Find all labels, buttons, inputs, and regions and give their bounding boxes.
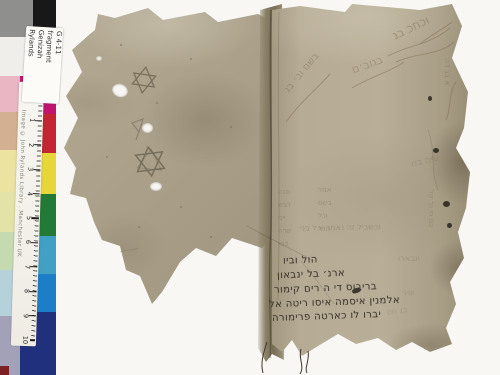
tick-number: 5	[25, 216, 33, 220]
ruler-tick: 8	[23, 289, 37, 293]
ruler-tick: 10	[21, 338, 35, 342]
ruler-tick: 1	[28, 118, 42, 122]
left-leaf-scribble: לנ	[116, 245, 124, 254]
left-leaf: לנ	[60, 6, 274, 306]
tick-number: 1	[28, 118, 36, 122]
shelfmark-label: Rylands Genizah fragment G 4-11	[22, 26, 64, 104]
ruler-tick: 9	[22, 313, 36, 317]
faded-text-column: וננה דבש ייני שרה כמו	[278, 186, 291, 251]
parchment-specks	[60, 6, 62, 8]
parchment-hole	[142, 123, 153, 133]
ink-hole	[433, 148, 439, 153]
ruler-tick: 3	[26, 167, 40, 171]
tick-number: 9	[22, 313, 30, 317]
ink-hole	[443, 201, 450, 207]
ruler-tick: 4	[26, 191, 40, 195]
hebrew-text-line: הול וביו	[283, 254, 318, 266]
tick-number: 8	[22, 289, 30, 293]
tick-number: 7	[23, 265, 31, 269]
faded-text-line: ובשביל זה נאמר וכל בני	[300, 220, 381, 234]
ruler-tick: 2	[27, 143, 41, 147]
faded-side-column: בם חי נר קל	[424, 190, 437, 290]
ink-hole	[428, 96, 432, 101]
parchment-hole	[150, 182, 162, 191]
corner-red-patch	[0, 366, 9, 375]
pen-trial: א בג דה	[443, 58, 452, 168]
tick-number: 3	[26, 167, 34, 171]
tick-number: 10	[21, 336, 29, 345]
ruler-tick: 5	[25, 216, 39, 220]
photo-background: לנ הול וביו ארנ׳ בל ינבאון בריבוס די ה ר…	[0, 0, 500, 375]
tick-number: 4	[26, 191, 34, 195]
tick-mark	[30, 339, 35, 340]
digitized-manuscript-photo: לנ הול וביו ארנ׳ בל ינבאון בריבוס די ה ר…	[0, 0, 500, 375]
patch-pink	[0, 76, 20, 112]
ruler-tick: 6	[24, 240, 38, 244]
color-calibration-strip: Image © John Rylands Library . Mancheste…	[0, 0, 56, 375]
parchment-hole	[110, 82, 129, 100]
ink-hole	[447, 223, 452, 228]
tick-number: 6	[24, 240, 32, 244]
faded-text-fragment: ינבארו	[398, 252, 420, 265]
tick-number: 2	[27, 143, 35, 147]
ruler-tick: 7	[23, 265, 37, 269]
faded-text-fragment: שיני	[402, 286, 414, 299]
parchment-hole	[96, 56, 102, 61]
